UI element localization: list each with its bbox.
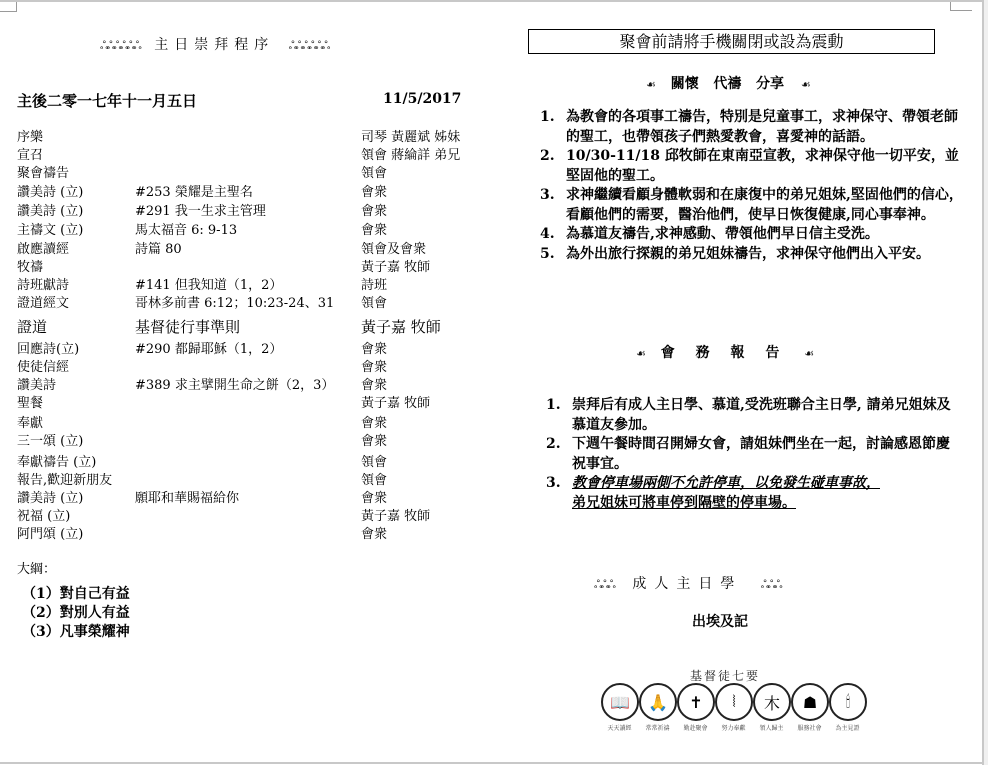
- gathering-cross-icon: ✝: [677, 683, 715, 721]
- candle-witness-icon: 🕯: [829, 683, 867, 721]
- program-row: 詩班獻詩#141 但我知道（1，2）詩班: [17, 274, 497, 292]
- margin-corner-mark-left: [0, 2, 17, 12]
- program-row: 宣召領會 蔣綸詳 弟兄: [17, 144, 497, 162]
- program-item: 報告,歡迎新朋友: [17, 469, 112, 488]
- program-item: 讚美詩: [17, 374, 56, 393]
- parking-instruction-text: 弟兄姐妹可將車停到隔壁的停車場。: [572, 495, 796, 511]
- program-item: 奉獻禱告 (立): [17, 451, 96, 470]
- fish-loaves-icon: ⦚: [715, 683, 753, 721]
- program-leader: 黃子嘉 牧師: [361, 316, 441, 337]
- program-content: #141 但我知道（1，2）: [135, 274, 282, 293]
- program-leader: 黃子嘉 牧師: [361, 392, 430, 411]
- program-content: #290 都歸耶穌（1，2）: [135, 338, 282, 357]
- reports-section-title: 會 務 報 告: [661, 345, 788, 361]
- program-leader: 領會: [361, 292, 387, 311]
- care-section-title: 關懷 代禱 分享: [671, 76, 784, 92]
- sunday-school-title: 成人主日學: [632, 576, 742, 592]
- prayer-item: 4.為慕道友禱告,求神感動、帶領他們早日信主受洗。: [540, 225, 965, 245]
- program-row: 奉獻會衆: [17, 412, 497, 430]
- program-leader: 會衆: [361, 374, 387, 393]
- program-content: 詩篇 80: [135, 238, 182, 257]
- program-title-text: 主日崇拜程序: [154, 37, 274, 53]
- program-content: #253 榮耀是主聖名: [135, 181, 253, 200]
- program-item: 詩班獻詩: [17, 274, 69, 293]
- program-row: 讚美詩 (立)#291 我一生求主管理會衆: [17, 200, 497, 218]
- reports-section-heading: ☙ 會 務 報 告 ☙: [636, 342, 812, 362]
- program-row: 報告,歡迎新朋友領會: [17, 469, 497, 487]
- program-row: 讚美詩 (立)#253 榮耀是主聖名會衆: [17, 181, 497, 199]
- icon-glyph: ✝: [689, 693, 702, 712]
- praying-icon: 🙏: [639, 683, 677, 721]
- program-leader: 會衆: [361, 338, 387, 357]
- essential-caption: 努力奉獻: [715, 723, 752, 732]
- program-row: 聖餐黃子嘉 牧師: [17, 392, 497, 410]
- program-row: 使徒信經會衆: [17, 356, 497, 374]
- program-item: 讚美詩 (立): [17, 181, 83, 200]
- program-leader: 會衆: [361, 412, 387, 431]
- program-row: 祝福 (立)黃子嘉 牧師: [17, 505, 497, 523]
- program-item: 三一頌 (立): [17, 430, 83, 449]
- program-leader: 領會: [361, 451, 387, 470]
- essential-caption: 常常祈禱: [639, 723, 676, 732]
- ornament-icon: ஃஃஃ: [594, 578, 614, 591]
- program-item: 阿門頌 (立): [17, 523, 83, 542]
- program-row: 阿門頌 (立)會衆: [17, 523, 497, 541]
- program-row: 三一頌 (立)會衆: [17, 430, 497, 448]
- program-content: #389 求主擘開生命之餅（2，3）: [135, 374, 334, 393]
- item-text: 為外出旅行探親的弟兄姐妹禱告，求神保守他們出入平安。: [566, 246, 930, 262]
- icon-glyph: ☗: [803, 693, 817, 712]
- program-leader: 會衆: [361, 181, 387, 200]
- program-item: 奉獻: [17, 412, 43, 431]
- program-row: 主禱文 (立)馬太福音 6: 9-13會衆: [17, 219, 497, 237]
- item-number: 2.: [546, 435, 561, 455]
- program-item: 使徒信經: [17, 356, 69, 375]
- program-leader: 領會及會衆: [361, 238, 426, 257]
- program-content: #291 我一生求主管理: [135, 200, 266, 219]
- item-text: 崇拜后有成人主日學、慕道,受洗班聯合主日學, 請弟兄姐妹及慕道友參加。: [572, 397, 951, 433]
- item-number: 3.: [546, 474, 561, 494]
- essential-item: 🕯為主見證: [829, 683, 866, 732]
- prayer-item: 5.為外出旅行探親的弟兄姐妹禱告，求神保守他們出入平安。: [540, 245, 965, 265]
- page-edge-bottom: [0, 762, 984, 764]
- essential-item: 木領人歸主: [753, 683, 790, 732]
- program-row: 證道經文哥林多前書 6:12；10:23-24、31領會: [17, 292, 497, 310]
- item-number: 2.: [540, 147, 555, 167]
- ornament-icon: ஃஃஃ: [761, 578, 781, 591]
- prayer-item: 3.求神繼續看顧身體軟弱和在康復中的弟兄姐妹,堅固他們的信心，看顧他們的需要，醫…: [540, 186, 965, 225]
- essential-item: 🙏常常祈禱: [639, 683, 676, 732]
- ornament-icon: ☙: [636, 347, 644, 360]
- sunday-school-topic: 出埃及記: [692, 611, 748, 631]
- program-item: 序樂: [17, 126, 43, 145]
- page-edge-top: [0, 0, 984, 2]
- item-number: 1.: [540, 108, 555, 128]
- ornament-icon: ☙: [646, 78, 654, 91]
- essential-caption: 勤赴聚會: [677, 723, 714, 732]
- program-leader: 司琴 黃麗斌 姊妹: [361, 126, 460, 145]
- program-leader: 詩班: [361, 274, 387, 293]
- care-section-heading: ☙ 關懷 代禱 分享 ☙: [646, 73, 809, 93]
- program-leader: 領會: [361, 469, 387, 488]
- item-number: 5.: [540, 245, 555, 265]
- margin-corner-mark-right: [950, 2, 972, 11]
- icon-glyph: 📖: [610, 693, 630, 712]
- report-item: 2.下週午餐時間召開婦女會，請姐妹們坐在一起，討論感恩節慶祝事宜。: [546, 435, 956, 474]
- item-text: 為慕道友禱告,求神感動、帶領他們早日信主受洗。: [566, 226, 879, 242]
- icon-glyph: 木: [764, 691, 780, 714]
- program-leader: 會衆: [361, 430, 387, 449]
- program-row: 讚美詩#389 求主擘開生命之餅（2，3）會衆: [17, 374, 497, 392]
- essential-item: ⦚努力奉獻: [715, 683, 752, 732]
- item-number: 4.: [540, 225, 555, 245]
- report-item: 1.崇拜后有成人主日學、慕道,受洗班聯合主日學, 請弟兄姐妹及慕道友參加。: [546, 396, 956, 435]
- program-leader: 會衆: [361, 219, 387, 238]
- program-item: 聖餐: [17, 392, 43, 411]
- prayer-list: 1.為教會的各項事工禱告，特別是兒童事工，求神保守、帶領老師的聖工，也帶領孩子們…: [540, 108, 965, 264]
- program-item: 回應詩(立): [17, 338, 79, 357]
- seven-essentials-title: 基督徒七要: [690, 667, 760, 684]
- ornament-icon: ஃஃஃஃஃஃ: [100, 39, 140, 52]
- program-item: 讚美詩 (立): [17, 200, 83, 219]
- program-row: 聚會禱告領會: [17, 162, 497, 180]
- program-item: 證道經文: [17, 292, 69, 311]
- item-text: 下週午餐時間召開婦女會，請姐妹們坐在一起，討論感恩節慶祝事宜。: [572, 436, 950, 472]
- program-row: 讚美詩 (立)願耶和華賜福給你會衆: [17, 487, 497, 505]
- program-leader: 領會 蔣綸詳 弟兄: [361, 144, 460, 163]
- essential-caption: 服務社會: [791, 723, 828, 732]
- ornament-icon: ☙: [804, 347, 812, 360]
- essential-item: ☗服務社會: [791, 683, 828, 732]
- program-item: 主禱文 (立): [17, 219, 83, 238]
- page-gutter: [984, 0, 988, 765]
- essential-caption: 天天讀經: [601, 723, 638, 732]
- outline-item: （3）凡事榮耀神: [22, 621, 130, 641]
- outline-item: （1）對自己有益: [22, 583, 130, 603]
- program-leader: 會衆: [361, 356, 387, 375]
- seven-essentials-icons: 📖天天讀經🙏常常祈禱✝勤赴聚會⦚努力奉獻木領人歸主☗服務社會🕯為主見證: [601, 683, 866, 732]
- program-leader: 領會: [361, 162, 387, 181]
- program-item: 聚會禱告: [17, 162, 69, 181]
- reading-bible-icon: 📖: [601, 683, 639, 721]
- serve-society-icon: ☗: [791, 683, 829, 721]
- item-number: 1.: [546, 396, 561, 416]
- icon-glyph: 🙏: [648, 693, 668, 712]
- ornament-icon: ☙: [801, 78, 809, 91]
- item-text: 10/30-11/18 邱牧師在東南亞宣教，求神保守他一切平安，並堅固他的聖工。: [566, 148, 959, 184]
- program-row: 牧禱黃子嘉 牧師: [17, 256, 497, 274]
- icon-glyph: ⦚: [732, 692, 735, 712]
- program-leader: 會衆: [361, 523, 387, 542]
- program-item: 祝福 (立): [17, 505, 70, 524]
- program-row: 啟應讀經詩篇 80領會及會衆: [17, 238, 497, 256]
- program-item: 牧禱: [17, 256, 43, 275]
- program-leader: 黃子嘉 牧師: [361, 505, 430, 524]
- program-row: 回應詩(立)#290 都歸耶穌（1，2）會衆: [17, 338, 497, 356]
- program-content: 基督徒行事準則: [135, 316, 240, 337]
- date-chinese: 主後二零一七年十一月五日: [17, 90, 197, 111]
- essential-caption: 領人歸主: [753, 723, 790, 732]
- program-content: 願耶和華賜福給你: [135, 487, 239, 506]
- item-number: 3.: [540, 186, 555, 206]
- essential-item: 📖天天讀經: [601, 683, 638, 732]
- prayer-item: 2.10/30-11/18 邱牧師在東南亞宣教，求神保守他一切平安，並堅固他的聖…: [540, 147, 965, 186]
- program-content: 馬太福音 6: 9-13: [135, 219, 237, 238]
- phone-notice-box: 聚會前請將手機關閉或設為震動: [528, 29, 935, 54]
- item-text: 求神繼續看顧身體軟弱和在康復中的弟兄姐妹,堅固他們的信心，看顧他們的需要，醫治他…: [566, 187, 963, 223]
- program-leader: 會衆: [361, 487, 387, 506]
- program-item: 證道: [17, 316, 47, 337]
- prayer-item: 1.為教會的各項事工禱告，特別是兒童事工，求神保守、帶領老師的聖工，也帶領孩子們…: [540, 108, 965, 147]
- program-content: 哥林多前書 6:12；10:23-24、31: [135, 292, 334, 311]
- lead-to-lord-icon: 木: [753, 683, 791, 721]
- sunday-school-heading: ஃஃஃ 成人主日學 ஃஃஃ: [594, 573, 781, 593]
- program-item: 讚美詩 (立): [17, 487, 83, 506]
- report-item: 3.教會停車場兩側不允許停車，以免發生碰車事故，弟兄姐妹可將車停到隔壁的停車場。: [546, 474, 956, 513]
- date-numeric: 11/5/2017: [383, 91, 461, 107]
- icon-glyph: 🕯: [846, 692, 851, 712]
- program-row: 序樂司琴 黃麗斌 姊妹: [17, 126, 497, 144]
- essential-item: ✝勤赴聚會: [677, 683, 714, 732]
- program-leader: 黃子嘉 牧師: [361, 256, 430, 275]
- program-row: 奉獻禱告 (立)領會: [17, 451, 497, 469]
- program-item: 啟應讀經: [17, 238, 69, 257]
- item-text: 為教會的各項事工禱告，特別是兒童事工，求神保守、帶領老師的聖工，也帶領孩子們熱愛…: [566, 109, 958, 145]
- outline-label: 大綱：: [17, 558, 56, 577]
- outline-item: （2）對別人有益: [22, 602, 130, 622]
- program-item: 宣召: [17, 144, 43, 163]
- program-title: ஃஃஃஃஃஃ 主日崇拜程序 ஃஃஃஃஃஃ: [100, 34, 328, 54]
- essential-caption: 為主見證: [829, 723, 866, 732]
- program-row: 證道基督徒行事準則黃子嘉 牧師: [17, 316, 497, 334]
- reports-list: 1.崇拜后有成人主日學、慕道,受洗班聯合主日學, 請弟兄姐妹及慕道友參加。 2.…: [546, 396, 956, 513]
- program-leader: 會衆: [361, 200, 387, 219]
- parking-warning-text: 教會停車場兩側不允許停車，以免發生碰車事故，: [572, 475, 880, 491]
- ornament-icon: ஃஃஃஃஃஃ: [289, 39, 329, 52]
